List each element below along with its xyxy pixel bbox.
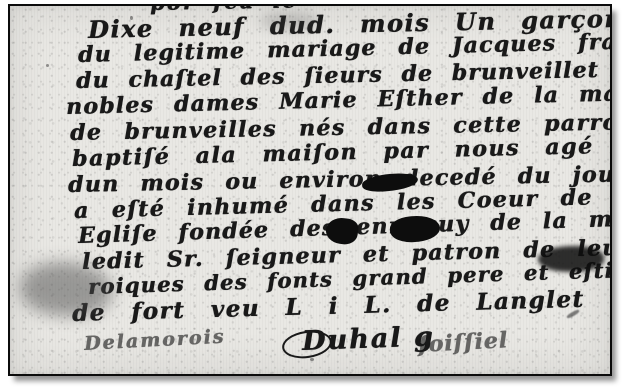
manuscript-paper: por ſea le Dixe neuf dud. mois Un garçon… (10, 6, 610, 374)
signature-delamorois: Delamorois (83, 326, 225, 355)
signature-scribble: ſoiſſiel (417, 327, 508, 358)
scan-frame: por ſea le Dixe neuf dud. mois Un garçon… (8, 4, 612, 376)
paper-speck (46, 64, 49, 67)
paper-speck (130, 16, 133, 20)
paper-speck (310, 358, 314, 361)
signature-duhal: Duhal g (301, 321, 435, 357)
show-through-top (260, 12, 320, 30)
